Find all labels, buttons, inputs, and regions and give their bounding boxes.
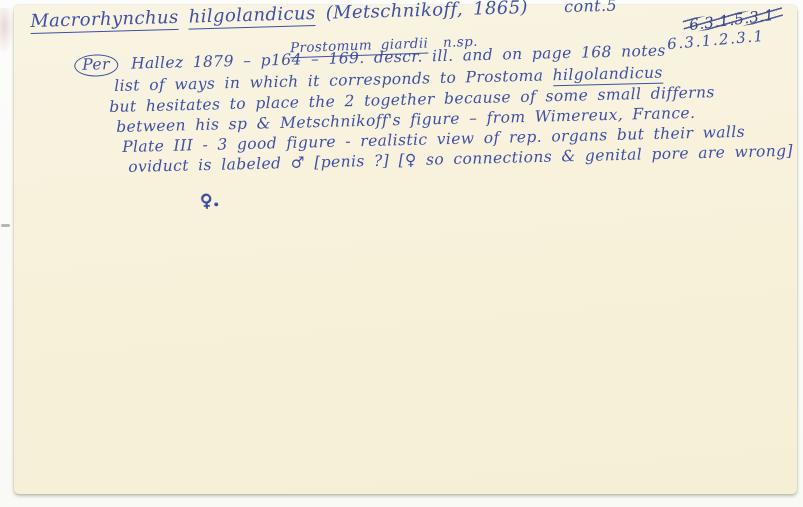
index-card: Macrorhynchus hilgolandicus (Metschnikof…	[14, 5, 797, 494]
female-symbol-mark: ♀.	[199, 190, 220, 211]
code-current: 6.3.1.2.3.1	[667, 27, 766, 53]
title-authority: (Metschnikoff, 1865)	[325, 0, 528, 24]
title-continuation: cont.5	[564, 0, 618, 16]
scan-edge-mark	[1, 224, 10, 227]
compared-species: hilgolandicus	[552, 64, 662, 87]
title-genus: Macrorhynchus	[30, 7, 179, 34]
compared-genus: Prostoma	[465, 67, 543, 87]
card-title-line: Macrorhynchus hilgolandicus (Metschnikof…	[30, 0, 617, 32]
scan-edge-smudge	[0, 8, 14, 54]
title-species: hilgolandicus	[188, 3, 316, 30]
circled-annotation: Per	[74, 54, 118, 77]
